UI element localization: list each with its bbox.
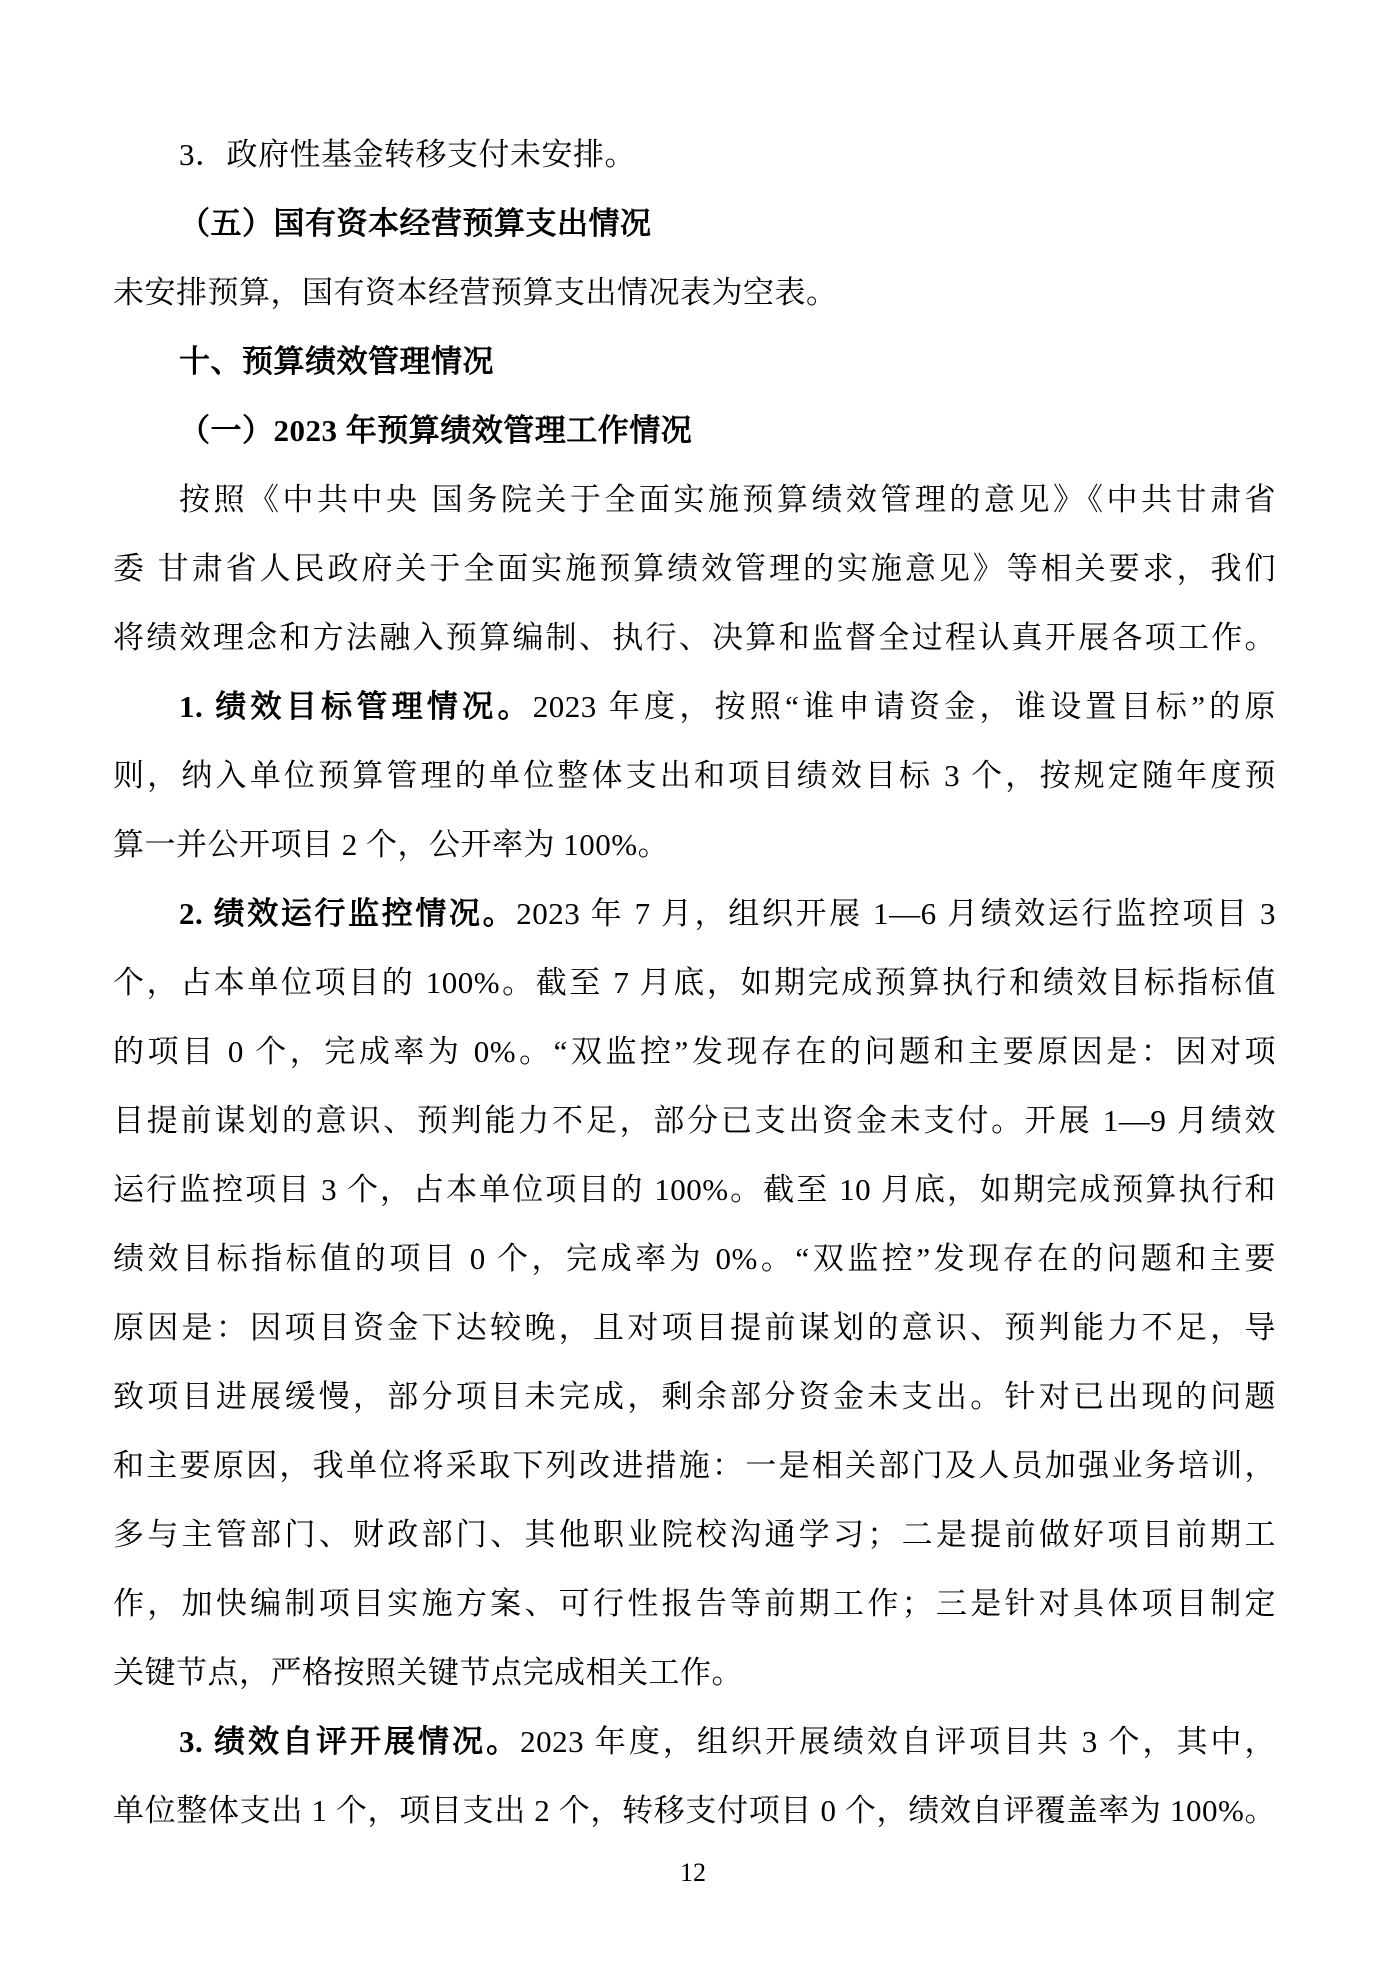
line-text: 按照《中共中央 国务院关于全面实施预算绩效管理的意见》《中共甘肃省	[179, 482, 1276, 517]
line-text: 和主要原因，我单位将采取下列改进措施：一是相关部门及人员加强业务培训，	[113, 1448, 1276, 1483]
line-text: 多与主管部门、财政部门、其他职业院校沟通学习；二是提前做好项目前期工	[113, 1517, 1276, 1552]
line-text: 则，纳入单位预算管理的单位整体支出和项目绩效目标 3 个，按规定随年度预	[113, 758, 1276, 793]
bold-lead-in: 2. 绩效运行监控情况。	[179, 896, 516, 931]
paragraph-line: 3．政府性基金转移支付未安排。	[113, 120, 1276, 189]
bold-lead-in: 3. 绩效自评开展情况。	[179, 1724, 520, 1759]
paragraph-line: 运行监控项目 3 个，占本单位项目的 100%。截至 10 月底，如期完成预算执…	[113, 1155, 1276, 1224]
paragraph-line: 2. 绩效运行监控情况。2023 年 7 月，组织开展 1—6 月绩效运行监控项…	[113, 879, 1276, 948]
document-body: 3．政府性基金转移支付未安排。（五）国有资本经营预算支出情况未安排预算，国有资本…	[113, 120, 1276, 1845]
paragraph-line: 委 甘肃省人民政府关于全面实施预算绩效管理的实施意见》等相关要求，我们	[113, 534, 1276, 603]
line-text: 绩效目标指标值的项目 0 个，完成率为 0%。“双监控”发现存在的问题和主要	[113, 1241, 1276, 1276]
line-text: （五）国有资本经营预算支出情况	[179, 206, 652, 241]
line-text: 关键节点，严格按照关键节点完成相关工作。	[113, 1655, 743, 1690]
line-text: （一）2023 年预算绩效管理工作情况	[179, 413, 692, 448]
line-text: 算一并公开项目 2 个，公开率为 100%。	[113, 827, 669, 862]
line-text: 原因是：因项目资金下达较晚，且对项目提前谋划的意识、预判能力不足，导	[113, 1310, 1276, 1345]
line-text: 作，加快编制项目实施方案、可行性报告等前期工作；三是针对具体项目制定	[113, 1586, 1276, 1621]
paragraph-line: 关键节点，严格按照关键节点完成相关工作。	[113, 1638, 1276, 1707]
line-text: 十、预算绩效管理情况	[179, 344, 494, 379]
section-heading: （一）2023 年预算绩效管理工作情况	[113, 396, 1276, 465]
paragraph-line: 致项目进展缓慢，部分项目未完成，剩余部分资金未支出。针对已出现的问题	[113, 1362, 1276, 1431]
line-text: 单位整体支出 1 个，项目支出 2 个，转移支付项目 0 个，绩效自评覆盖率为 …	[113, 1793, 1276, 1828]
paragraph-line: 单位整体支出 1 个，项目支出 2 个，转移支付项目 0 个，绩效自评覆盖率为 …	[113, 1776, 1276, 1845]
line-text: 目提前谋划的意识、预判能力不足，部分已支出资金未支付。开展 1—9 月绩效	[113, 1103, 1276, 1138]
line-text: 2023 年 7 月，组织开展 1—6 月绩效运行监控项目 3	[516, 896, 1276, 931]
bold-lead-in: 1. 绩效目标管理情况。	[179, 689, 533, 724]
paragraph-line: 多与主管部门、财政部门、其他职业院校沟通学习；二是提前做好项目前期工	[113, 1500, 1276, 1569]
paragraph-line: 绩效目标指标值的项目 0 个，完成率为 0%。“双监控”发现存在的问题和主要	[113, 1224, 1276, 1293]
paragraph-line: 作，加快编制项目实施方案、可行性报告等前期工作；三是针对具体项目制定	[113, 1569, 1276, 1638]
paragraph-line: 的项目 0 个，完成率为 0%。“双监控”发现存在的问题和主要原因是：因对项	[113, 1017, 1276, 1086]
paragraph-line: 目提前谋划的意识、预判能力不足，部分已支出资金未支付。开展 1—9 月绩效	[113, 1086, 1276, 1155]
section-heading: 十、预算绩效管理情况	[113, 327, 1276, 396]
line-text: 2023 年度，按照“谁申请资金，谁设置目标”的原	[533, 689, 1276, 724]
paragraph-line: 个，占本单位项目的 100%。截至 7 月底，如期完成预算执行和绩效目标指标值	[113, 948, 1276, 1017]
line-text: 将绩效理念和方法融入预算编制、执行、决算和监督全过程认真开展各项工作。	[113, 620, 1276, 655]
paragraph-line: 则，纳入单位预算管理的单位整体支出和项目绩效目标 3 个，按规定随年度预	[113, 741, 1276, 810]
paragraph-line: 未安排预算，国有资本经营预算支出情况表为空表。	[113, 258, 1276, 327]
section-heading: （五）国有资本经营预算支出情况	[113, 189, 1276, 258]
line-text: 的项目 0 个，完成率为 0%。“双监控”发现存在的问题和主要原因是：因对项	[113, 1034, 1276, 1069]
line-text: 委 甘肃省人民政府关于全面实施预算绩效管理的实施意见》等相关要求，我们	[113, 551, 1276, 586]
paragraph-line: 1. 绩效目标管理情况。2023 年度，按照“谁申请资金，谁设置目标”的原	[113, 672, 1276, 741]
line-text: 2023 年度，组织开展绩效自评项目共 3 个，其中，	[520, 1724, 1276, 1759]
paragraph-line: 将绩效理念和方法融入预算编制、执行、决算和监督全过程认真开展各项工作。	[113, 603, 1276, 672]
line-text: 3．政府性基金转移支付未安排。	[179, 137, 636, 172]
document-page: 3．政府性基金转移支付未安排。（五）国有资本经营预算支出情况未安排预算，国有资本…	[0, 0, 1386, 1971]
paragraph-line: 按照《中共中央 国务院关于全面实施预算绩效管理的意见》《中共甘肃省	[113, 465, 1276, 534]
line-text: 致项目进展缓慢，部分项目未完成，剩余部分资金未支出。针对已出现的问题	[113, 1379, 1276, 1414]
paragraph-line: 和主要原因，我单位将采取下列改进措施：一是相关部门及人员加强业务培训，	[113, 1431, 1276, 1500]
page-number: 12	[0, 1846, 1386, 1900]
line-text: 运行监控项目 3 个，占本单位项目的 100%。截至 10 月底，如期完成预算执…	[113, 1172, 1276, 1207]
paragraph-line: 3. 绩效自评开展情况。2023 年度，组织开展绩效自评项目共 3 个，其中，	[113, 1707, 1276, 1776]
line-text: 个，占本单位项目的 100%。截至 7 月底，如期完成预算执行和绩效目标指标值	[113, 965, 1276, 1000]
paragraph-line: 算一并公开项目 2 个，公开率为 100%。	[113, 810, 1276, 879]
line-text: 未安排预算，国有资本经营预算支出情况表为空表。	[113, 275, 838, 310]
paragraph-line: 原因是：因项目资金下达较晚，且对项目提前谋划的意识、预判能力不足，导	[113, 1293, 1276, 1362]
